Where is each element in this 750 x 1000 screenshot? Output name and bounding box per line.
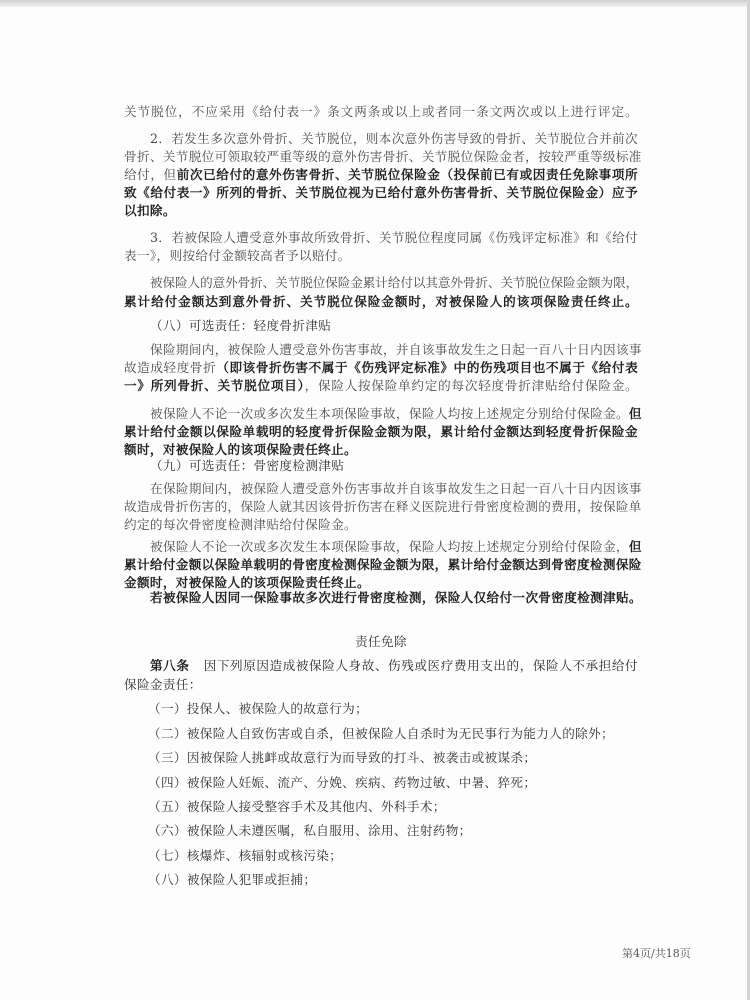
paragraph-line: 若被保险人因同一保险事故多次进行骨密度检测，保险人仅给付一次骨密度检测津贴。 bbox=[150, 590, 638, 606]
exclusion-item: （七）核爆炸、核辐射或核污染； bbox=[148, 848, 342, 864]
paragraph-line: 表一》，则按给付金额较高者予以赔付。 bbox=[124, 248, 351, 264]
article-8-line: 第八条因下列原因造成被保险人身故、伤残或医疗费用支出的，保险人不承担给付 bbox=[150, 658, 638, 674]
paragraph-line: 约定的每次骨密度检测津贴给付保险金。 bbox=[124, 517, 357, 533]
exclusion-item: （六）被保险人未遵医嘱，私自服用、涂用、注射药物； bbox=[148, 823, 472, 839]
paragraph-line: 故造成骨折伤害的，保险人就其因该骨折伤害在释义医院进行骨密度检测的费用，按保险单 bbox=[124, 499, 638, 515]
bold-text-run: 但 bbox=[629, 539, 642, 554]
paragraph-line: 2．若发生多次意外骨折、关节脱位，则本次意外伤害导致的骨折、关节脱位合并前次 bbox=[150, 131, 638, 147]
text-run: 被保险人不论一次或多次发生本项保险事故，保险人均按上述规定分别给付保险金， bbox=[150, 539, 629, 554]
paragraph-line: 额时，对被保险人的该项保险责任终止。 bbox=[124, 442, 357, 458]
paragraph-line: 被保险人不论一次或多次发生本项保险事故，保险人均按上述规定分别给付保险金，但 bbox=[150, 539, 638, 555]
exclusion-item: （八）被保险人犯罪或拒捕； bbox=[148, 872, 316, 888]
page-number: 第4页/共18页 bbox=[622, 945, 691, 961]
bold-text-run: 额时， bbox=[124, 442, 163, 457]
text-run: 被保险人不论一次或多次发生本项保险事故，保险人均按上述规定分别给付保险金。 bbox=[150, 406, 629, 421]
text-run: 故造成轻度骨折 bbox=[124, 360, 216, 375]
paragraph-line: 累计给付金额达到意外骨折、关节脱位保险金额时，对被保险人的该项保险责任终止。 bbox=[124, 294, 638, 310]
paragraph-line: 被保险人不论一次或多次发生本项保险事故，保险人均按上述规定分别给付保险金。但 bbox=[150, 406, 638, 422]
paragraph-line: 致《给付表一》所列的骨折、关节脱位视为已给付意外伤害骨折、关节脱位保险金）应予 bbox=[124, 185, 638, 201]
section-heading-optional-9: （九）可选责任：骨密度检测津贴 bbox=[150, 458, 344, 474]
exclusion-item: （二）被保险人自致伤害或自杀，但被保险人自杀时为无民事行为能力人的除外； bbox=[148, 726, 614, 742]
text-run: 给付，但 bbox=[124, 167, 177, 182]
bold-text-run: 对被保险人的该项保险责任终止。 bbox=[163, 442, 357, 457]
bold-text-run: （即该骨折伤害不属于《伤残评定标准》中的伤残项目也不属于《给付表 bbox=[216, 360, 638, 375]
exclusion-item: （一）投保人、被保险人的故意行为； bbox=[148, 701, 368, 717]
paragraph-line: 给付，但前次已给付的意外伤害骨折、关节脱位保险金（投保前已有或因责任免除事项所 bbox=[124, 167, 638, 183]
paragraph-line: 以扣除。 bbox=[124, 203, 176, 219]
bold-text-run: 一》所列骨折、关节脱位项目） bbox=[124, 378, 305, 393]
paragraph-line: 在保险期间内，被保险人遭受意外伤害事故并自该事故发生之日起一百八十日内因该事 bbox=[150, 481, 638, 497]
section-title: 责任免除 bbox=[124, 634, 638, 650]
paragraph-line: 金额时，对被保险人的该项保险责任终止。 bbox=[124, 575, 370, 591]
paragraph-line: 保险金责任： bbox=[124, 677, 202, 693]
text-run: ，保险人按保险单约定的每次轻度骨折津贴给付保险金。 bbox=[305, 378, 638, 393]
paragraph-line: 关节脱位，不应采用《给付表一》条文两条或以上或者同一条文两次或以上进行评定。 bbox=[124, 104, 638, 120]
paragraph-line: 骨折、关节脱位可领取较严重等级的意外伤害骨折、关节脱位保险金者，按较严重等级标准 bbox=[124, 149, 638, 165]
bold-text-run: 前次已给付的意外伤害骨折、关节脱位保险金（投保前已有或因责任免除事项所 bbox=[177, 167, 638, 182]
paragraph-line: 累计给付金额以保险单载明的骨密度检测保险金额为限，累计给付金额达到骨密度检测保险 bbox=[124, 557, 638, 573]
exclusion-item: （五）被保险人接受整容手术及其他内、外科手术； bbox=[148, 799, 446, 815]
article-label: 第八条 bbox=[150, 658, 190, 673]
exclusion-item: （三）因被保险人挑衅或故意行为而导致的打斗、被袭击或被谋杀； bbox=[148, 750, 536, 766]
paragraph-line: 累计给付金额以保险单载明的轻度骨折保险金额为限，累计给付金额达到轻度骨折保险金 bbox=[124, 424, 638, 440]
paragraph-line: 故造成轻度骨折（即该骨折伤害不属于《伤残评定标准》中的伤残项目也不属于《给付表 bbox=[124, 360, 638, 376]
section-heading-optional-8: （八）可选责任：轻度骨折津贴 bbox=[150, 318, 331, 334]
scan-top-edge bbox=[0, 0, 750, 7]
paragraph-line: 保险期间内，被保险人遭受意外伤害事故，并自该事故发生之日起一百八十日内因该事 bbox=[150, 342, 638, 358]
text-run: 因下列原因造成被保险人身故、伤残或医疗费用支出的，保险人不承担给付 bbox=[204, 658, 638, 673]
paragraph-line: 被保险人的意外骨折、关节脱位保险金累计给付以其意外骨折、关节脱位保险金额为限， bbox=[150, 275, 638, 291]
paragraph-line: 一》所列骨折、关节脱位项目），保险人按保险单约定的每次轻度骨折津贴给付保险金。 bbox=[124, 378, 638, 394]
exclusion-item: （四）被保险人妊娠、流产、分娩、疾病、药物过敏、中暑、猝死； bbox=[148, 775, 536, 791]
bold-text-run: 但 bbox=[629, 406, 642, 421]
paragraph-line: 3．若被保险人遭受意外事故所致骨折、关节脱位程度同属《伤残评定标准》和《给付 bbox=[150, 230, 638, 246]
